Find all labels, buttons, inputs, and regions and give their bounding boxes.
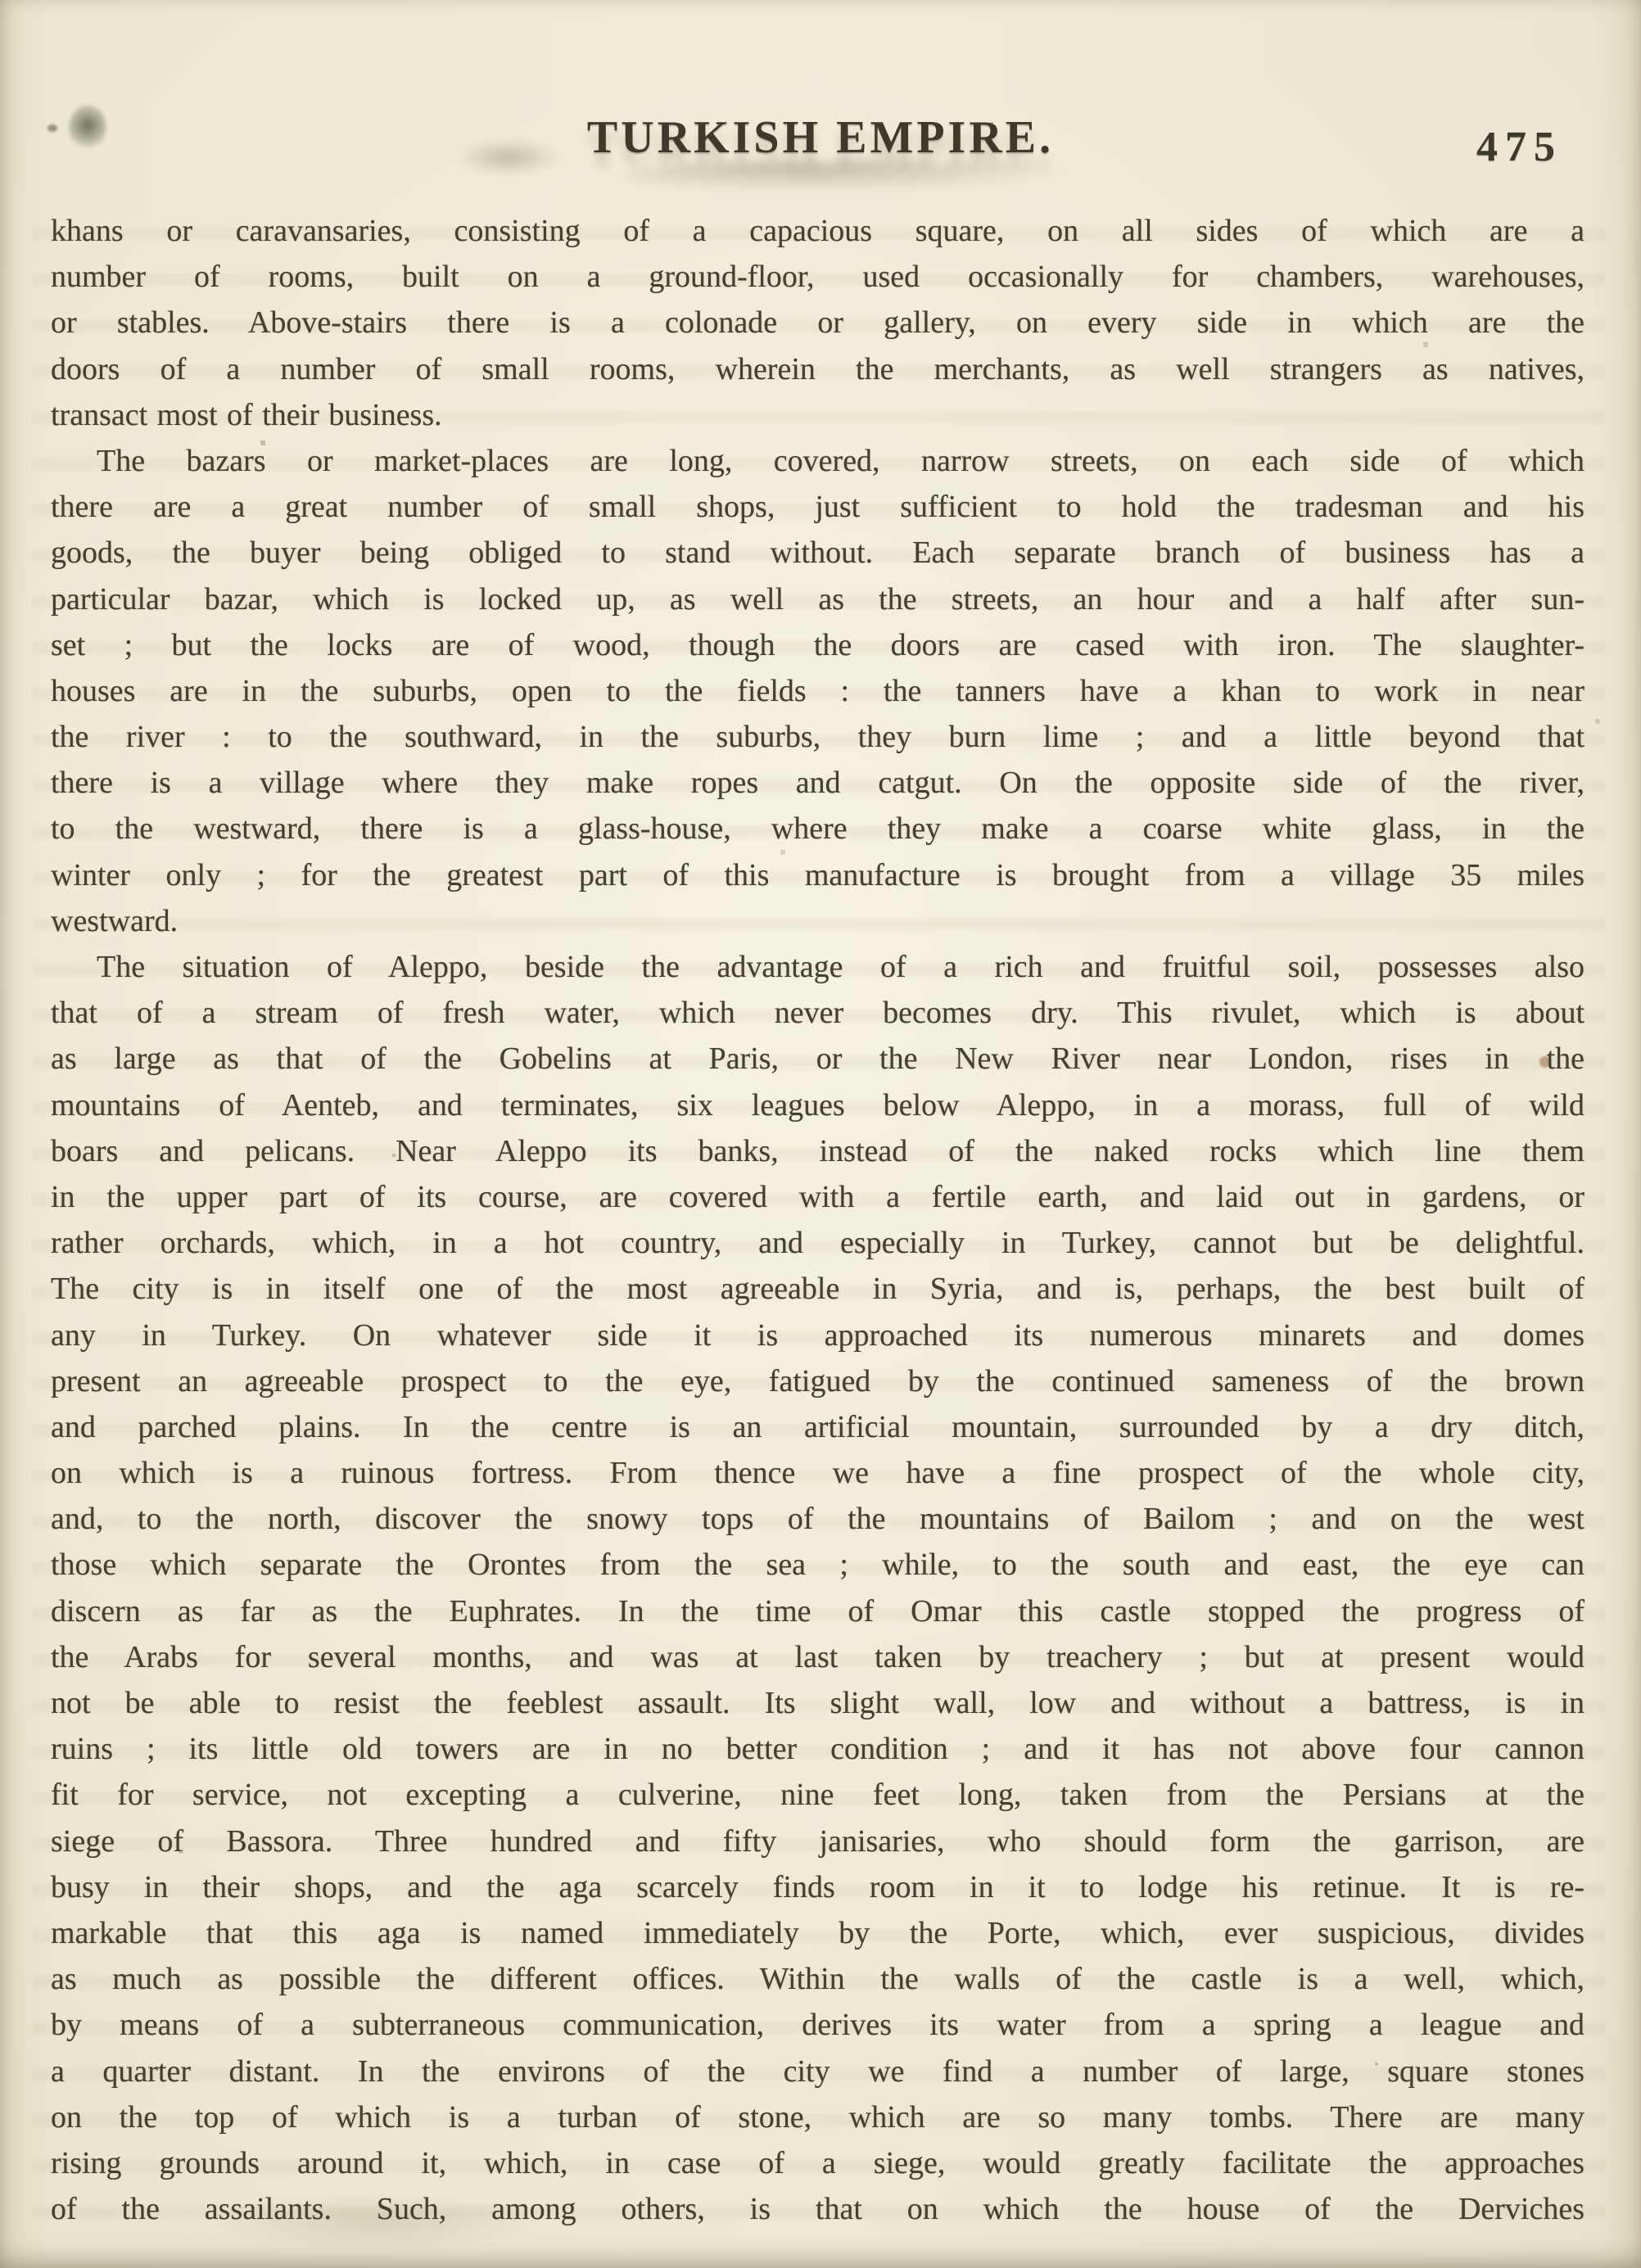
text-line: The bazars or market-places are long, co… <box>51 438 1584 484</box>
text-line: on which is a ruinous fortress. From the… <box>51 1450 1584 1496</box>
text-line: not be able to resist the feeblest assau… <box>51 1680 1584 1726</box>
text-line: there are a great number of small shops,… <box>51 484 1584 530</box>
text-line: westward. <box>51 898 1584 944</box>
text-line: rather orchards, which, in a hot country… <box>51 1220 1584 1266</box>
text-line: mountains of Aenteb, and terminates, six… <box>51 1082 1584 1128</box>
text-line: busy in their shops, and the aga scarcel… <box>51 1864 1584 1910</box>
text-line: by means of a subterraneous communicatio… <box>51 2002 1584 2048</box>
dust-specks <box>0 0 2 2</box>
text-line: any in Turkey. On whatever side it is ap… <box>51 1312 1584 1358</box>
text-line: ruins ; its little old towers are in no … <box>51 1726 1584 1772</box>
text-line: on the top of which is a turban of stone… <box>51 2094 1584 2140</box>
text-line: the Arabs for several months, and was at… <box>51 1634 1584 1680</box>
text-line: there is a village where they make ropes… <box>51 760 1584 806</box>
text-line: as much as possible the different office… <box>51 1956 1584 2002</box>
book-page: TURKISH EMPIRE. 475 khans or caravansari… <box>0 0 1641 2268</box>
text-line: those which separate the Orontes from th… <box>51 1542 1584 1588</box>
text-line: goods, the buyer being obliged to stand … <box>51 530 1584 576</box>
text-line: as large as that of the Gobelins at Pari… <box>51 1036 1584 1082</box>
text-line: boars and pelicans. Near Aleppo its bank… <box>51 1128 1584 1174</box>
ink-smear <box>622 160 1081 193</box>
running-header-title: TURKISH EMPIRE. <box>0 111 1641 164</box>
text-line: that of a stream of fresh water, which n… <box>51 990 1584 1036</box>
text-line: present an agreeable prospect to the eye… <box>51 1358 1584 1404</box>
text-line: particular bazar, which is locked up, as… <box>51 576 1584 622</box>
text-line: siege of Bassora. Three hundred and fift… <box>51 1818 1584 1864</box>
text-line: The situation of Aleppo, beside the adva… <box>51 944 1584 990</box>
page-number: 475 <box>1476 123 1562 171</box>
text-line: or stables. Above-stairs there is a colo… <box>51 300 1584 346</box>
text-line: transact most of their business. <box>51 392 1584 438</box>
text-line: in the upper part of its course, are cov… <box>51 1174 1584 1220</box>
text-line: winter only ; for the greatest part of t… <box>51 852 1584 898</box>
text-line: and parched plains. In the centre is an … <box>51 1404 1584 1450</box>
text-line: khans or caravansaries, consisting of a … <box>51 208 1584 254</box>
text-line: rising grounds around it, which, in case… <box>51 2140 1584 2186</box>
text-line: to the westward, there is a glass-house,… <box>51 806 1584 852</box>
text-line: set ; but the locks are of wood, though … <box>51 622 1584 668</box>
text-line: the river : to the southward, in the sub… <box>51 714 1584 760</box>
text-line: fit for service, not excepting a culveri… <box>51 1772 1584 1818</box>
text-line: doors of a number of small rooms, wherei… <box>51 346 1584 392</box>
text-line: and, to the north, discover the snowy to… <box>51 1496 1584 1542</box>
text-line: markable that this aga is named immediat… <box>51 1910 1584 1956</box>
text-line: number of rooms, built on a ground-floor… <box>51 254 1584 300</box>
text-line: discern as far as the Euphrates. In the … <box>51 1588 1584 1634</box>
text-line: houses are in the suburbs, open to the f… <box>51 668 1584 714</box>
text-line: of the assailants. Such, among others, i… <box>51 2186 1584 2232</box>
page-text: khans or caravansaries, consisting of a … <box>51 208 1584 2232</box>
text-line: The city is in itself one of the most ag… <box>51 1266 1584 1312</box>
text-line: a quarter distant. In the environs of th… <box>51 2049 1584 2094</box>
